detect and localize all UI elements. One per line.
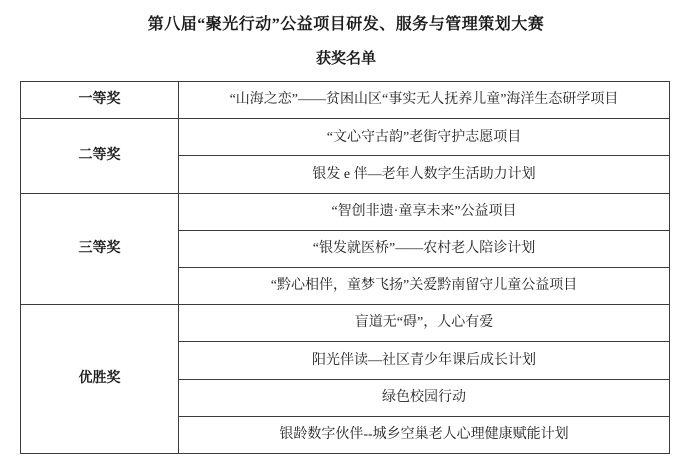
document-subtitle: 获奖名单 — [0, 47, 692, 68]
award-cell-first-prize: 一等奖 — [21, 82, 179, 119]
document-page: 第八届“聚光行动”公益项目研发、服务与管理策划大赛 获奖名单 一等奖 “山海之恋… — [0, 0, 692, 463]
project-cell: 盲道无“碍”，人心有爱 — [179, 305, 670, 342]
project-cell: “银发就医桥”——农村老人陪诊计划 — [179, 230, 670, 267]
project-cell: 阳光伴读—社区青少年课后成长计划 — [179, 342, 670, 379]
table-row: 一等奖 “山海之恋”——贫困山区“事实无人抚养儿童”海洋生态研学项目 — [21, 82, 670, 119]
project-cell: 绿色校园行动 — [179, 379, 670, 416]
project-cell: “山海之恋”——贫困山区“事实无人抚养儿童”海洋生态研学项目 — [179, 82, 670, 119]
awards-table: 一等奖 “山海之恋”——贫困山区“事实无人抚养儿童”海洋生态研学项目 二等奖 “… — [20, 81, 670, 454]
table-row: 优胜奖 盲道无“碍”，人心有爱 — [21, 305, 670, 342]
document-title: 第八届“聚光行动”公益项目研发、服务与管理策划大赛 — [0, 0, 692, 34]
award-cell-second-prize: 二等奖 — [21, 119, 179, 193]
table-row: 三等奖 “智创非遗·童享未来”公益项目 — [21, 193, 670, 230]
project-cell: “文心守古韵”老街守护志愿项目 — [179, 119, 670, 156]
table-row: 二等奖 “文心守古韵”老街守护志愿项目 — [21, 119, 670, 156]
project-cell: “智创非遗·童享未来”公益项目 — [179, 193, 670, 230]
project-cell: 银发 e 伴—老年人数字生活助力计划 — [179, 156, 670, 193]
project-cell: 银龄数字伙伴--城乡空巢老人心理健康赋能计划 — [179, 416, 670, 453]
project-cell: “黔心相伴，童梦飞扬”关爱黔南留守儿童公益项目 — [179, 267, 670, 304]
award-cell-third-prize: 三等奖 — [21, 193, 179, 305]
award-cell-winner-prize: 优胜奖 — [21, 305, 179, 454]
